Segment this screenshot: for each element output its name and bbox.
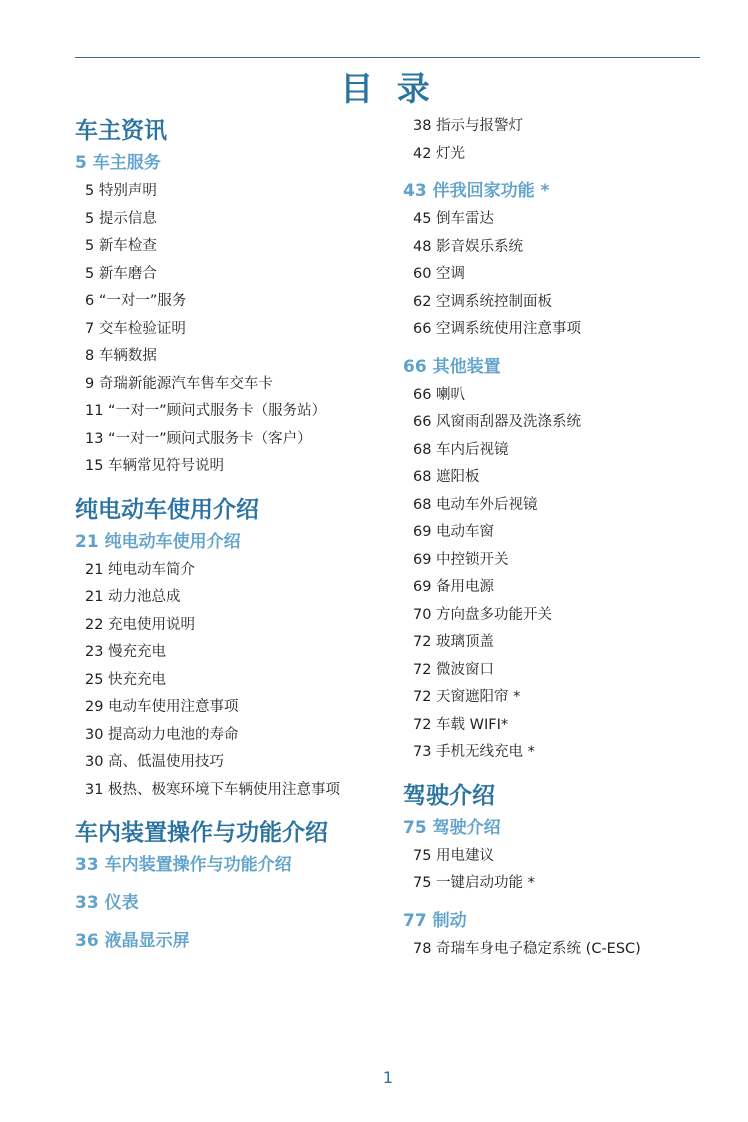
toc-subheading[interactable]: 33 仪表 [75, 888, 385, 918]
toc-right-column: 38 指示与报警灯 42 灯光 43 伴我回家功能 * 45 倒车雷达 48 影… [403, 113, 723, 963]
toc-subheading[interactable]: 21 纯电动车使用介绍 [75, 527, 385, 557]
toc-entry[interactable]: 21 纯电动车简介 [75, 557, 385, 585]
toc-entry[interactable]: 31 极热、极寒环境下车辆使用注意事项 [75, 777, 385, 805]
toc-subheading[interactable]: 77 制动 [403, 906, 723, 936]
toc-subheading[interactable]: 43 伴我回家功能 * [403, 176, 723, 206]
toc-entry[interactable]: 8 车辆数据 [75, 343, 385, 371]
toc-entry[interactable]: 68 车内后视镜 [403, 437, 723, 465]
toc-entry[interactable]: 66 喇叭 [403, 382, 723, 410]
toc-entry[interactable]: 38 指示与报警灯 [403, 113, 723, 141]
toc-subheading[interactable]: 66 其他装置 [403, 352, 723, 382]
header-rule [75, 57, 700, 58]
page-title: 目 录 [0, 63, 748, 110]
toc-entry[interactable]: 73 手机无线充电 * [403, 739, 723, 767]
toc-entry[interactable]: 5 新车检查 [75, 233, 385, 261]
toc-entry[interactable]: 60 空调 [403, 261, 723, 289]
toc-entry[interactable]: 13 “一对一”顾问式服务卡（客户） [75, 426, 385, 454]
toc-entry[interactable]: 62 空调系统控制面板 [403, 289, 723, 317]
toc-entry[interactable]: 69 电动车窗 [403, 519, 723, 547]
toc-entry[interactable]: 23 慢充充电 [75, 639, 385, 667]
toc-entry[interactable]: 42 灯光 [403, 141, 723, 169]
toc-entry[interactable]: 22 充电使用说明 [75, 612, 385, 640]
toc-entry[interactable]: 72 车载 WIFI* [403, 712, 723, 740]
toc-entry[interactable]: 75 用电建议 [403, 843, 723, 871]
toc-entry[interactable]: 66 空调系统使用注意事项 [403, 316, 723, 344]
toc-subheading[interactable]: 36 液晶显示屏 [75, 926, 385, 956]
toc-subheading[interactable]: 33 车内装置操作与功能介绍 [75, 850, 385, 880]
toc-entry[interactable]: 7 交车检验证明 [75, 316, 385, 344]
toc-entry[interactable]: 30 高、低温使用技巧 [75, 749, 385, 777]
toc-section-heading[interactable]: 车主资讯 [75, 114, 385, 148]
toc-entry[interactable]: 45 倒车雷达 [403, 206, 723, 234]
toc-entry[interactable]: 78 奇瑞车身电子稳定系统 (C-ESC) [403, 936, 723, 964]
toc-left-column: 车主资讯 5 车主服务 5 特别声明 5 提示信息 5 新车检查 5 新车磨合 … [75, 114, 385, 956]
toc-entry[interactable]: 29 电动车使用注意事项 [75, 694, 385, 722]
toc-entry[interactable]: 72 天窗遮阳帘 * [403, 684, 723, 712]
toc-entry[interactable]: 9 奇瑞新能源汽车售车交车卡 [75, 371, 385, 399]
toc-entry[interactable]: 72 玻璃顶盖 [403, 629, 723, 657]
toc-subheading[interactable]: 75 驾驶介绍 [403, 813, 723, 843]
toc-entry[interactable]: 70 方向盘多功能开关 [403, 602, 723, 630]
toc-entry[interactable]: 11 “一对一”顾问式服务卡（服务站） [75, 398, 385, 426]
toc-entry[interactable]: 6 “一对一”服务 [75, 288, 385, 316]
toc-entry[interactable]: 68 遮阳板 [403, 464, 723, 492]
toc-entry[interactable]: 21 动力池总成 [75, 584, 385, 612]
toc-section-heading[interactable]: 车内装置操作与功能介绍 [75, 816, 385, 850]
toc-entry[interactable]: 5 提示信息 [75, 206, 385, 234]
toc-entry[interactable]: 5 新车磨合 [75, 261, 385, 289]
toc-entry[interactable]: 25 快充充电 [75, 667, 385, 695]
toc-entry[interactable]: 66 风窗雨刮器及洗涤系统 [403, 409, 723, 437]
toc-entry[interactable]: 75 一键启动功能 * [403, 870, 723, 898]
toc-subheading[interactable]: 5 车主服务 [75, 148, 385, 178]
toc-entry[interactable]: 48 影音娱乐系统 [403, 234, 723, 262]
toc-entry[interactable]: 30 提高动力电池的寿命 [75, 722, 385, 750]
toc-section-heading[interactable]: 驾驶介绍 [403, 779, 723, 813]
toc-entry[interactable]: 5 特别声明 [75, 178, 385, 206]
toc-entry[interactable]: 68 电动车外后视镜 [403, 492, 723, 520]
toc-entry[interactable]: 72 微波窗口 [403, 657, 723, 685]
toc-entry[interactable]: 69 中控锁开关 [403, 547, 723, 575]
toc-entry[interactable]: 69 备用电源 [403, 574, 723, 602]
toc-section-heading[interactable]: 纯电动车使用介绍 [75, 493, 385, 527]
page-number: 1 [0, 1068, 748, 1087]
toc-entry[interactable]: 15 车辆常见符号说明 [75, 453, 385, 481]
